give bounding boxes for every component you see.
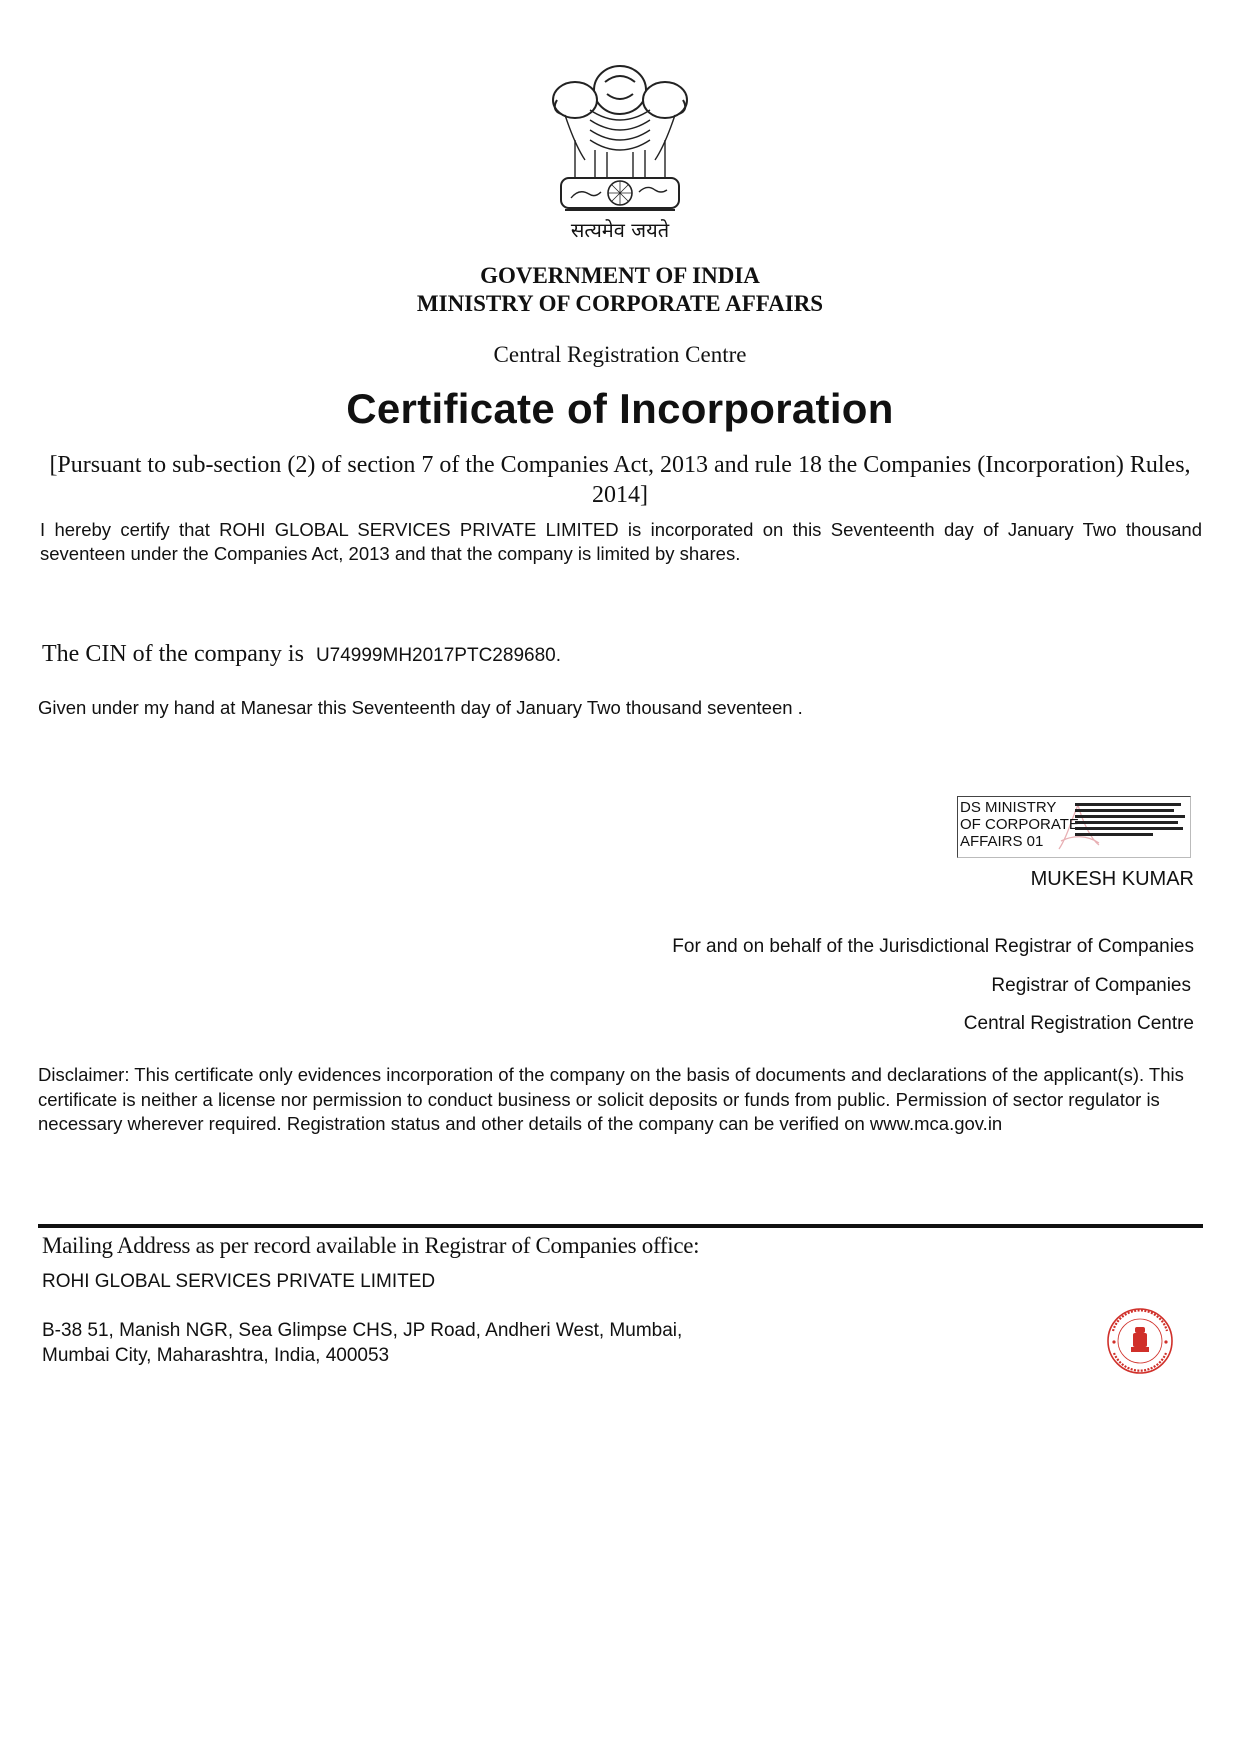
mca-seal-icon bbox=[1100, 1305, 1180, 1377]
centre-label: Central Registration Centre bbox=[0, 342, 1240, 368]
certification-text: I hereby certify that ROHI GLOBAL SERVIC… bbox=[40, 518, 1202, 566]
motto: सत्यमेव जयते bbox=[540, 216, 700, 243]
certificate-title: Certificate of Incorporation bbox=[0, 385, 1240, 433]
signer-name: MUKESH KUMAR bbox=[1031, 868, 1194, 891]
disclaimer-text: Disclaimer: This certificate only eviden… bbox=[38, 1063, 1198, 1137]
behalf-line: For and on behalf of the Jurisdictional … bbox=[672, 936, 1194, 958]
digital-signature-box[interactable]: DS MINISTRY OF CORPORATE AFFAIRS 01 bbox=[957, 796, 1191, 858]
pursuant-clause: [Pursuant to sub-section (2) of section … bbox=[40, 450, 1200, 510]
mailing-address-heading: Mailing Address as per record available … bbox=[42, 1233, 699, 1259]
address-line-1: B-38 51, Manish NGR, Sea Glimpse CHS, JP… bbox=[42, 1318, 682, 1343]
ministry-label: MINISTRY OF CORPORATE AFFAIRS bbox=[0, 290, 1240, 318]
registration-centre-line: Central Registration Centre bbox=[964, 1013, 1194, 1035]
issuer-heading: GOVERNMENT OF INDIA MINISTRY OF CORPORAT… bbox=[0, 262, 1240, 318]
mailing-company-name: ROHI GLOBAL SERVICES PRIVATE LIMITED bbox=[42, 1271, 435, 1293]
given-statement: Given under my hand at Manesar this Seve… bbox=[38, 697, 803, 719]
address-line-2: Mumbai City, Maharashtra, India, 400053 bbox=[42, 1343, 682, 1368]
signature-fine-print bbox=[1075, 803, 1187, 847]
section-divider bbox=[38, 1224, 1203, 1228]
digital-signature-label: DS MINISTRY OF CORPORATE AFFAIRS 01 bbox=[960, 799, 1080, 850]
government-label: GOVERNMENT OF INDIA bbox=[0, 262, 1240, 290]
cin-label: The CIN of the company is bbox=[42, 641, 304, 667]
registrar-line: Registrar of Companies bbox=[991, 975, 1191, 997]
mailing-address: B-38 51, Manish NGR, Sea Glimpse CHS, JP… bbox=[42, 1318, 682, 1368]
national-emblem-icon bbox=[535, 60, 705, 240]
cin-statement: The CIN of the company is U74999MH2017PT… bbox=[42, 641, 561, 668]
cin-value: U74999MH2017PTC289680. bbox=[316, 645, 561, 666]
